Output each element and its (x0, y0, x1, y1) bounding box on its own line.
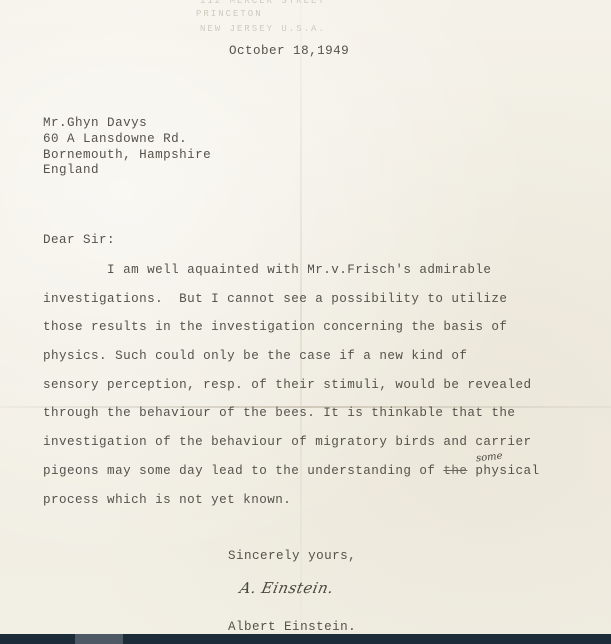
typed-name: Albert Einstein. (228, 620, 356, 634)
closing: Sincerely yours, (228, 549, 356, 563)
body-line-9: process which is not yet known. (43, 493, 291, 507)
recipient-street: 60 A Lansdowne Rd. (43, 132, 187, 146)
letterhead-street: 112 MERCER STREET (200, 0, 326, 6)
body-line-5: sensory perception, resp. of their stimu… (43, 378, 531, 392)
body-line-2: investigations. But I cannot see a possi… (43, 292, 507, 306)
bottom-bar-segment[interactable] (75, 634, 123, 644)
struck-word: the (443, 464, 467, 478)
letterhead-state: NEW JERSEY U.S.A. (200, 24, 326, 34)
letterhead-city: PRINCETON (196, 9, 263, 19)
body-line-4: physics. Such could only be the case if … (43, 349, 467, 363)
body-line-3: those results in the investigation conce… (43, 320, 507, 334)
body-line-8-end: physical (467, 464, 539, 478)
recipient-name: Mr.Ghyn Davys (43, 116, 147, 130)
recipient-country: England (43, 163, 99, 177)
body-line-8: pigeons may some day lead to the underst… (43, 464, 539, 478)
body-line-6: through the behaviour of the bees. It is… (43, 406, 515, 420)
salutation: Dear Sir: (43, 233, 115, 247)
body-line-8-text: pigeons may some day lead to the underst… (43, 464, 443, 478)
letter-paper: 112 MERCER STREET PRINCETON NEW JERSEY U… (0, 0, 611, 634)
handwritten-insertion: some (475, 451, 503, 465)
signature: A. Einstein. (238, 579, 335, 597)
vertical-crease (300, 0, 302, 634)
letter-date: October 18,1949 (229, 44, 349, 58)
body-line-7: investigation of the behaviour of migrat… (43, 435, 531, 449)
recipient-city: Bornemouth, Hampshire (43, 148, 211, 162)
body-line-1: I am well aquainted with Mr.v.Frisch's a… (43, 263, 491, 277)
